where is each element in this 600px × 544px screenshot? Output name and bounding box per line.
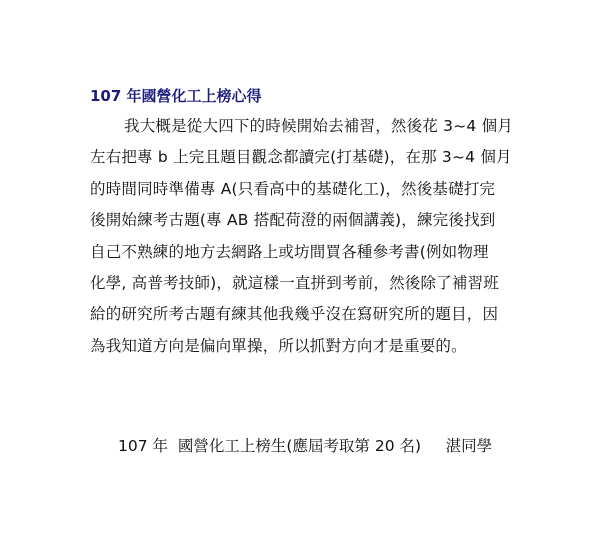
paragraph-line: 給的研究所考古題有練其他我幾乎沒在寫研究所的題目，因 <box>90 302 515 333</box>
paragraph-line: 左右把專 b 上完且題目觀念都讀完(打基礎)，在那 3~4 個月 <box>90 145 515 176</box>
paragraph-line: 我大概是從大四下的時候開始去補習，然後花 3~4 個月 <box>90 114 515 145</box>
author-signature: 107 年 國營化工上榜生(應屆考取第 20 名) 湛同學 <box>118 435 492 457</box>
paragraph-line: 的時間同時準備專 A(只看高中的基礎化工)，然後基礎打完 <box>90 177 515 208</box>
paragraph-line: 自己不熟練的地方去網路上或坊間買各種參考書(例如物理 <box>90 240 515 271</box>
document-title: 107 年國營化工上榜心得 <box>90 87 262 105</box>
testimonial-paragraph: 我大概是從大四下的時候開始去補習，然後花 3~4 個月 左右把專 b 上完且題目… <box>90 114 515 365</box>
paragraph-line: 後開始練考古題(專 AB 搭配荷澄的兩個講義)，練完後找到 <box>90 208 515 239</box>
paragraph-line: 化學, 高普考技師)，就這樣一直拼到考前，然後除了補習班 <box>90 271 515 302</box>
paragraph-line: 為我知道方向是偏向單操，所以抓對方向才是重要的。 <box>90 334 515 365</box>
